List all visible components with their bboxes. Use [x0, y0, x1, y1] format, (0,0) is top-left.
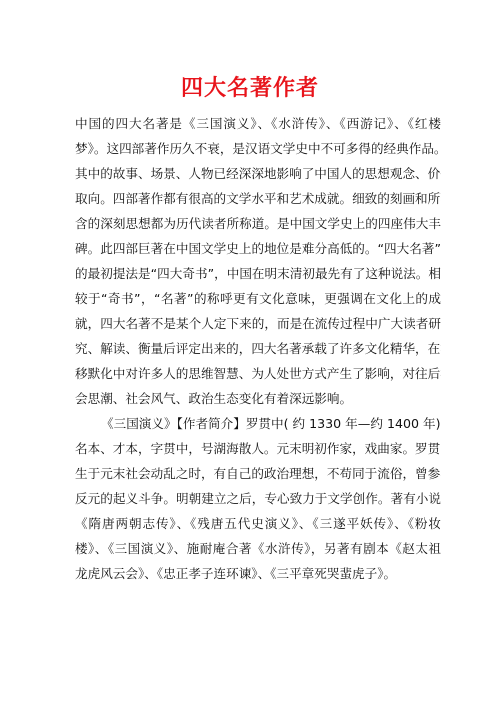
text-line: 《隋唐两朝志传》、《残唐五代史演义》、《三遂平妖传》、《粉妆 [75, 511, 441, 536]
document-body: 中国的四大名著是《三国演义》、《水浒传》、《西游记》、《红楼 梦》。这四部著作历… [75, 111, 441, 586]
text-line: 《三国演义》【作者简介】罗贯中( 约 1330 年—约 1400 年)， [75, 411, 441, 436]
text-line: 含的深刻思想都为历代读者所称道。是中国文学史上的四座伟大丰 [75, 211, 441, 236]
paragraph-author-luo-guanzhong: 《三国演义》【作者简介】罗贯中( 约 1330 年—约 1400 年)， 名本、… [75, 411, 441, 586]
text-line: 究、解读、衡量后评定出来的，四大名著承载了许多文化精华，在潜 [75, 336, 441, 361]
paragraph-intro: 中国的四大名著是《三国演义》、《水浒传》、《西游记》、《红楼 梦》。这四部著作历… [75, 111, 441, 411]
text-line: 的最初提法是“四大奇书”，中国在明末清初最先有了这种说法。相 [75, 261, 441, 286]
text-line: 会思潮、社会风气、政治生态变化有着深远影响。 [75, 386, 441, 411]
text-line: 生于元末社会动乱之时，有自己的政治理想，不苟同于流俗，曾参与 [75, 461, 441, 486]
document-title: 四大名著作者 [0, 74, 500, 104]
text-line: 就，四大名著不是某个人定下来的，而是在流传过程中广大读者研 [75, 311, 441, 336]
text-line: 中国的四大名著是《三国演义》、《水浒传》、《西游记》、《红楼 [75, 111, 441, 136]
text-line: 反元的起义斗争。明朝建立之后，专心致力于文学创作。著有小说 [75, 486, 441, 511]
text-line: 碑。此四部巨著在中国文学史上的地位是难分高低的。“四大名著” [75, 236, 441, 261]
text-line: 其中的故事、场景、人物已经深深地影响了中国人的思想观念、价值 [75, 161, 441, 186]
text-line: 楼》、《三国演义》、施耐庵合著《水浒传》，另著有剧本《赵太祖 [75, 536, 441, 561]
text-line: 取向。四部著作都有很高的文学水平和艺术成就。细致的刻画和所蕴 [75, 186, 441, 211]
text-line: 梦》。这四部著作历久不衰，是汉语文学史中不可多得的经典作品。 [75, 136, 441, 161]
text-line: 较于“奇书”，“名著”的称呼更有文化意味，更强调在文化上的成 [75, 286, 441, 311]
document-page: 四大名著作者 中国的四大名著是《三国演义》、《水浒传》、《西游记》、《红楼 梦》… [0, 0, 500, 707]
text-line: 名本、才本，字贯中，号湖海散人。元末明初作家，戏曲家。罗贯中 [75, 436, 441, 461]
text-line: 移默化中对许多人的思维智慧、为人处世方式产生了影响，对往后社 [75, 361, 441, 386]
text-line: 龙虎风云会》、《忠正孝子连环谏》、《三平章死哭蜚虎子》。 [75, 561, 441, 586]
